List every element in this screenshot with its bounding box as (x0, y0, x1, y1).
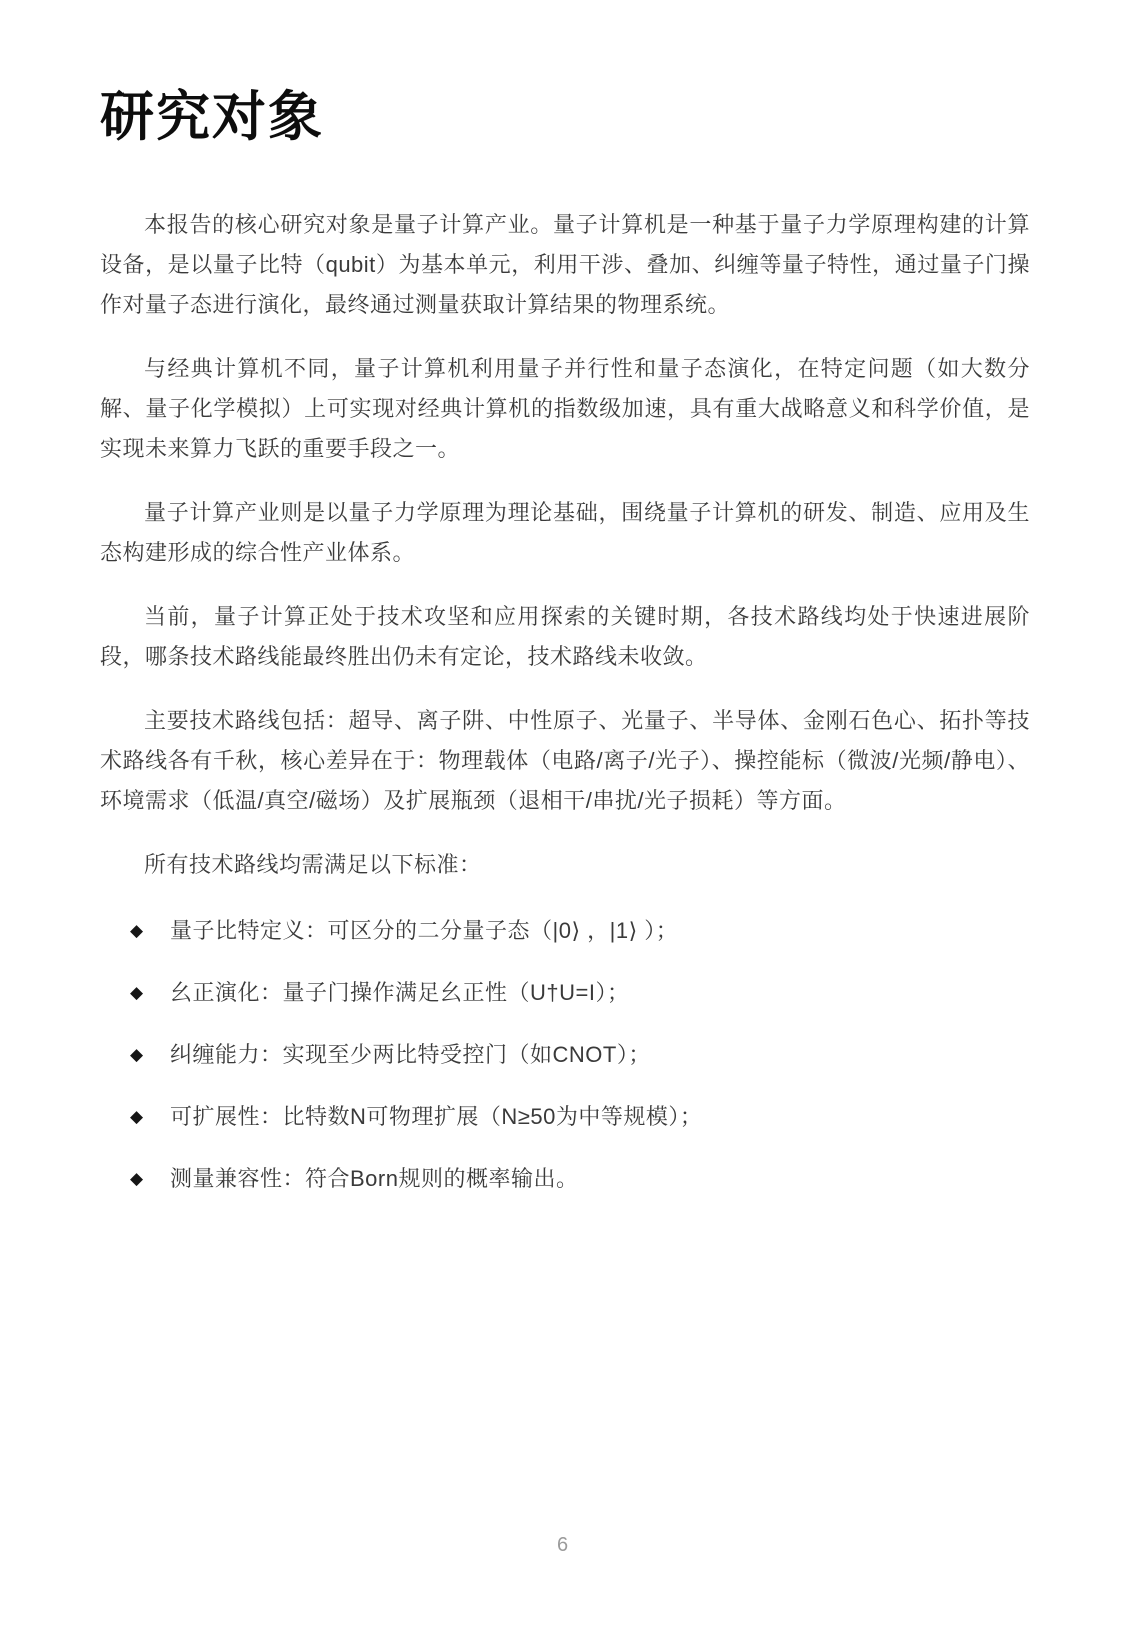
paragraph-core-research-object: 本报告的核心研究对象是量子计算产业。量子计算机是一种基于量子力学原理构建的计算设… (100, 205, 1030, 325)
diamond-bullet-icon: ◆ (130, 1035, 170, 1075)
list-item-qubit-definition: ◆ 量子比特定义：可区分的二分量子态（|0⟩ ，|1⟩ ）； (100, 911, 1030, 951)
paragraph-criteria-intro: 所有技术路线均需满足以下标准： (100, 845, 1030, 885)
diamond-bullet-icon: ◆ (130, 1097, 170, 1137)
list-item-text: 纠缠能力：实现至少两比特受控门（如CNOT）； (170, 1035, 1030, 1075)
diamond-bullet-icon: ◆ (130, 1159, 170, 1199)
list-item-measurement-compatibility: ◆ 测量兼容性：符合Born规则的概率输出。 (100, 1159, 1030, 1199)
document-page: 研究对象 本报告的核心研究对象是量子计算产业。量子计算机是一种基于量子力学原理构… (0, 0, 1125, 1625)
page-title: 研究对象 (100, 85, 1030, 149)
list-item-entanglement-capability: ◆ 纠缠能力：实现至少两比特受控门（如CNOT）； (100, 1035, 1030, 1075)
diamond-bullet-icon: ◆ (130, 911, 170, 951)
paragraph-vs-classical-computer: 与经典计算机不同，量子计算机利用量子并行性和量子态演化，在特定问题（如大数分解、… (100, 349, 1030, 469)
list-item-text: 测量兼容性：符合Born规则的概率输出。 (170, 1159, 1030, 1199)
paragraph-main-tech-routes: 主要技术路线包括：超导、离子阱、中性原子、光量子、半导体、金刚石色心、拓扑等技术… (100, 701, 1030, 821)
paragraph-industry-definition: 量子计算产业则是以量子力学原理为理论基础，围绕量子计算机的研发、制造、应用及生态… (100, 493, 1030, 573)
diamond-bullet-icon: ◆ (130, 973, 170, 1013)
list-item-unitary-evolution: ◆ 幺正演化：量子门操作满足幺正性（U†U=I）； (100, 973, 1030, 1013)
page-number: 6 (0, 1533, 1125, 1557)
criteria-list: ◆ 量子比特定义：可区分的二分量子态（|0⟩ ，|1⟩ ）； ◆ 幺正演化：量子… (100, 911, 1030, 1199)
list-item-scalability: ◆ 可扩展性：比特数N可物理扩展（N≥50为中等规模）； (100, 1097, 1030, 1137)
list-item-text: 量子比特定义：可区分的二分量子态（|0⟩ ，|1⟩ ）； (170, 911, 1030, 951)
list-item-text: 幺正演化：量子门操作满足幺正性（U†U=I）； (170, 973, 1030, 1013)
list-item-text: 可扩展性：比特数N可物理扩展（N≥50为中等规模）； (170, 1097, 1030, 1137)
paragraph-current-stage: 当前，量子计算正处于技术攻坚和应用探索的关键时期，各技术路线均处于快速进展阶段，… (100, 597, 1030, 677)
